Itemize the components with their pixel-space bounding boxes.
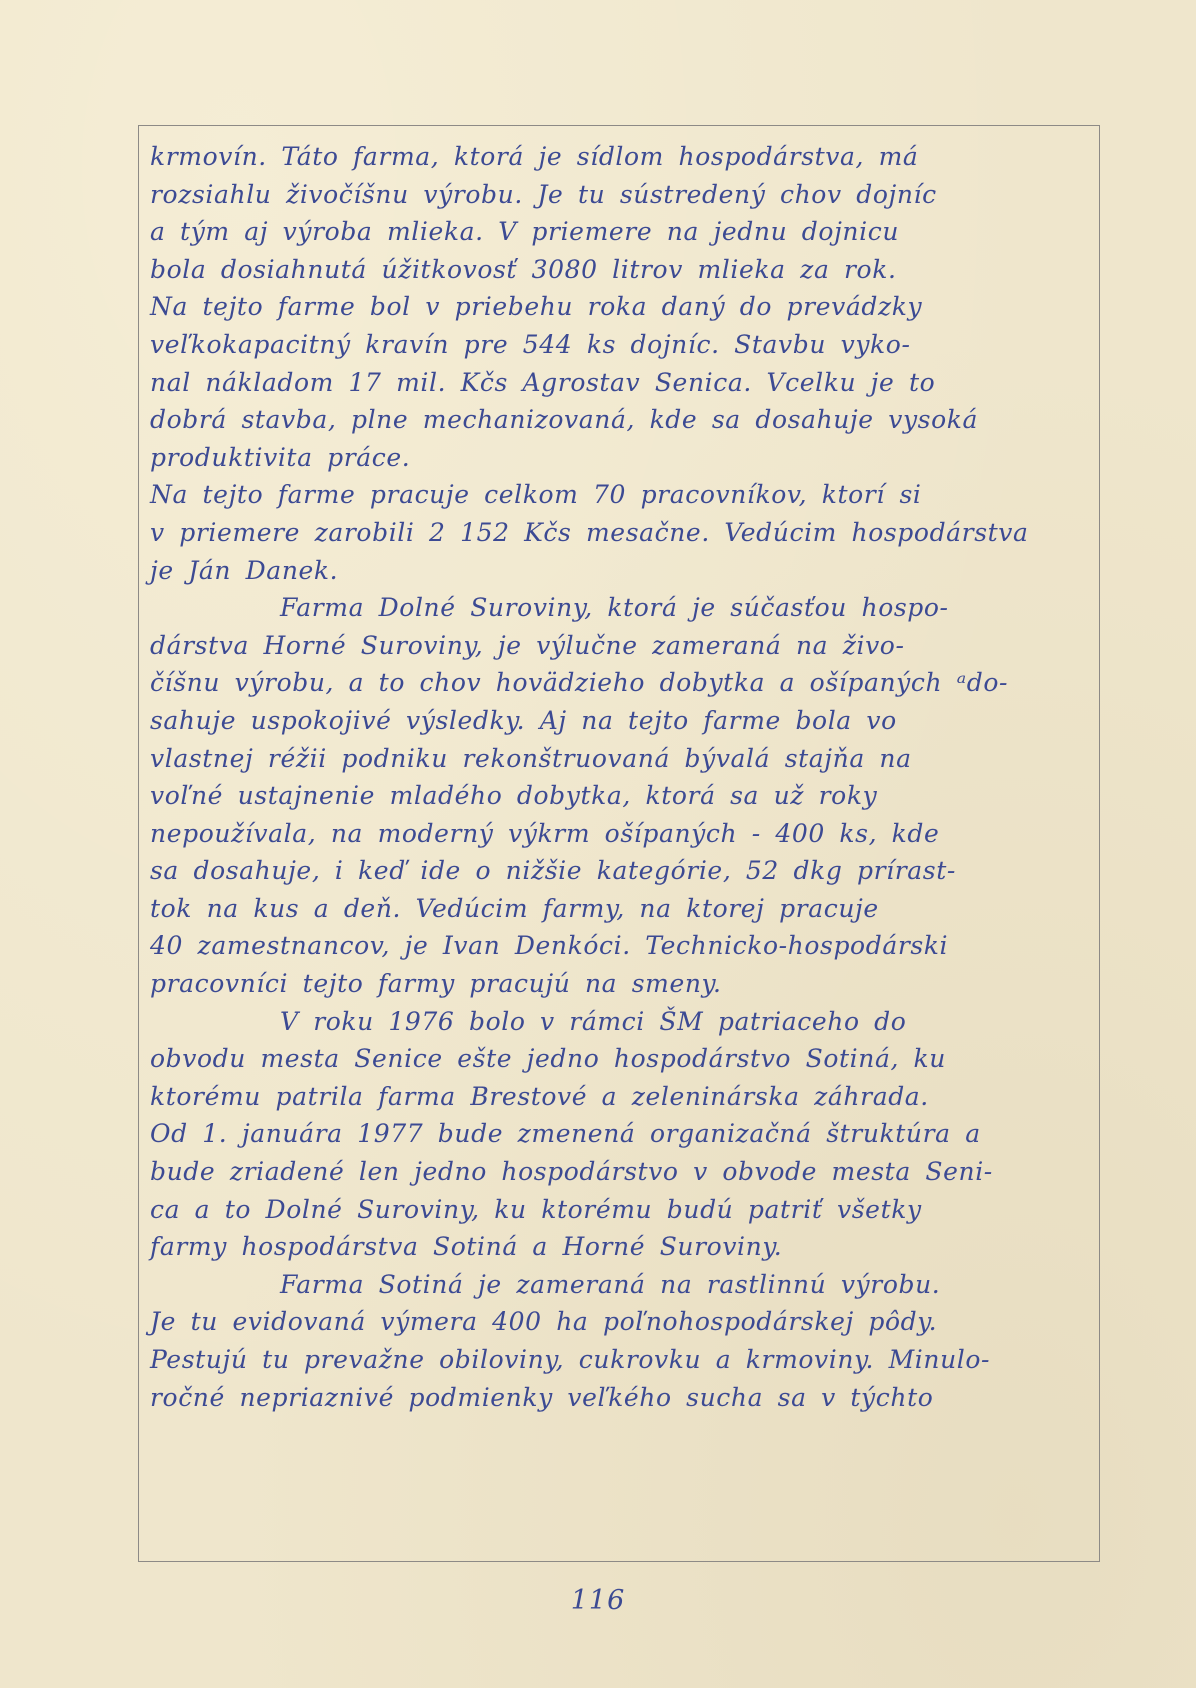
text-line: bude zriadené len jedno hospodárstvo v o… [150,1153,1095,1191]
paragraph-start-line: Farma Dolné Suroviny, ktorá je súčasťou … [150,589,1095,627]
text-line: nepoužívala, na moderný výkrm ošípaných … [150,815,1095,853]
text-line: v priemere zarobili 2 152 Kčs mesačne. V… [150,514,1095,552]
text-line: sa dosahuje, i keď ide o nižšie kategóri… [150,852,1095,890]
text-line: voľné ustajnenie mladého dobytka, ktorá … [150,777,1095,815]
text-line: farmy hospodárstva Sotiná a Horné Surovi… [150,1228,1095,1266]
text-line: ročné nepriaznivé podmienky veľkého such… [150,1379,1095,1417]
text-line: a tým aj výroba mlieka. V priemere na je… [150,213,1095,251]
paragraph-start-line: V roku 1976 bolo v rámci ŠM patriaceho d… [150,1003,1095,1041]
text-line: krmovín. Táto farma, ktorá je sídlom hos… [150,138,1095,176]
text-line: ca a to Dolné Suroviny, ku ktorému budú … [150,1191,1095,1229]
text-line: je Ján Danek. [150,552,1095,590]
text-line: Na tejto farme bol v priebehu roka daný … [150,288,1095,326]
text-line: Na tejto farme pracuje celkom 70 pracovn… [150,476,1095,514]
text-line: nal nákladom 17 mil. Kčs Agrostav Senica… [150,364,1095,402]
text-line: produktivita práce. [150,439,1095,477]
handwritten-text-block: krmovín. Táto farma, ktorá je sídlom hos… [150,138,1095,1416]
text-line: sahuje uspokojivé výsledky. Aj na tejto … [150,702,1095,740]
text-line: Od 1. januára 1977 bude zmenená organiza… [150,1115,1095,1153]
text-line: číšnu výrobu, a to chov hovädzieho dobyt… [150,664,1095,702]
page-number: 116 [0,1585,1196,1616]
text-line: rozsiahlu živočíšnu výrobu. Je tu sústre… [150,176,1095,214]
text-line: 40 zamestnancov, je Ivan Denkóci. Techni… [150,927,1095,965]
text-line: dárstva Horné Suroviny, je výlučne zamer… [150,627,1095,665]
text-line: Pestujú tu prevažne obiloviny, cukrovku … [150,1341,1095,1379]
text-line: ktorému patrila farma Brestové a zelenin… [150,1078,1095,1116]
text-line: veľkokapacitný kravín pre 544 ks dojníc.… [150,326,1095,364]
text-line: dobrá stavba, plne mechanizovaná, kde sa… [150,401,1095,439]
text-line: bola dosiahnutá úžitkovosť 3080 litrov m… [150,251,1095,289]
text-line: Je tu evidovaná výmera 400 ha poľnohospo… [150,1303,1095,1341]
text-line: obvodu mesta Senice ešte jedno hospodárs… [150,1040,1095,1078]
text-line: tok na kus a deň. Vedúcim farmy, na ktor… [150,890,1095,928]
text-line: pracovníci tejto farmy pracujú na smeny. [150,965,1095,1003]
text-line: vlastnej réžii podniku rekonštruovaná bý… [150,740,1095,778]
paragraph-start-line: Farma Sotiná je zameraná na rastlinnú vý… [150,1266,1095,1304]
